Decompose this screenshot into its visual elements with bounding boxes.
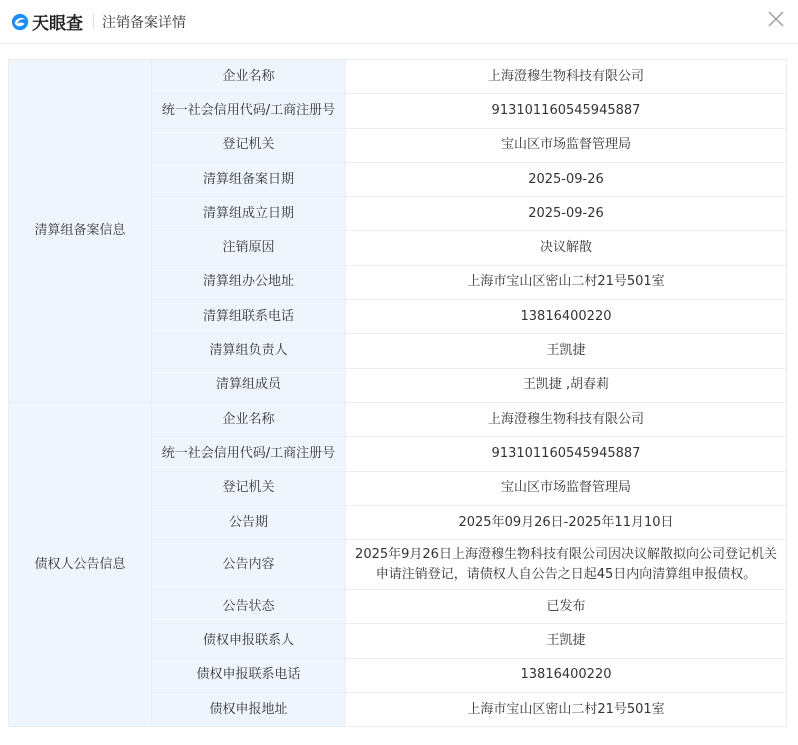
field-value: 2025-09-26 xyxy=(346,197,787,231)
field-label: 企业名称 xyxy=(152,402,346,436)
field-value: 2025年9月26日上海澄穆生物科技有限公司因决议解散拟向公司登记机关申请注销登… xyxy=(346,540,787,590)
field-label: 公告内容 xyxy=(152,540,346,590)
field-label: 清算组备案日期 xyxy=(152,162,346,196)
dialog-title: 注销备案详情 xyxy=(102,12,186,32)
field-value: 王凯捷 xyxy=(346,334,787,368)
field-value: 13816400220 xyxy=(346,658,787,692)
field-value: 上海澄穆生物科技有限公司 xyxy=(346,60,787,94)
close-icon xyxy=(768,11,784,27)
field-label: 企业名称 xyxy=(152,60,346,94)
field-label: 清算组成立日期 xyxy=(152,197,346,231)
section-group-label: 债权人公告信息 xyxy=(9,402,152,726)
field-value: 2025-09-26 xyxy=(346,162,787,196)
dialog-header: 天眼查 注销备案详情 xyxy=(0,0,798,44)
field-label: 清算组办公地址 xyxy=(152,265,346,299)
field-value: 王凯捷 ,胡春莉 xyxy=(346,368,787,402)
field-label: 清算组负责人 xyxy=(152,334,346,368)
table-row: 债权人公告信息企业名称上海澄穆生物科技有限公司 xyxy=(9,402,787,436)
section-group-label: 清算组备案信息 xyxy=(9,60,152,403)
detail-content: 清算组备案信息企业名称上海澄穆生物科技有限公司统一社会信用代码/工商注册号913… xyxy=(0,44,798,727)
deregistration-detail-table: 清算组备案信息企业名称上海澄穆生物科技有限公司统一社会信用代码/工商注册号913… xyxy=(8,59,787,727)
field-label: 债权申报联系电话 xyxy=(152,658,346,692)
field-value: 已发布 xyxy=(346,590,787,624)
table-row: 清算组备案信息企业名称上海澄穆生物科技有限公司 xyxy=(9,60,787,94)
field-label: 清算组成员 xyxy=(152,368,346,402)
field-label: 清算组联系电话 xyxy=(152,300,346,334)
field-value: 上海市宝山区密山二村21号501室 xyxy=(346,265,787,299)
field-label: 统一社会信用代码/工商注册号 xyxy=(152,437,346,471)
field-value: 913101160545945887 xyxy=(346,437,787,471)
field-label: 登记机关 xyxy=(152,128,346,162)
field-value: 上海澄穆生物科技有限公司 xyxy=(346,402,787,436)
field-label: 统一社会信用代码/工商注册号 xyxy=(152,94,346,128)
close-button[interactable] xyxy=(766,9,786,29)
tianyancha-logo: 天眼查 xyxy=(11,9,83,34)
field-value: 宝山区市场监督管理局 xyxy=(346,471,787,505)
field-value: 913101160545945887 xyxy=(346,94,787,128)
brand-name: 天眼查 xyxy=(32,9,83,34)
field-label: 注销原因 xyxy=(152,231,346,265)
field-value: 宝山区市场监督管理局 xyxy=(346,128,787,162)
field-label: 债权申报联系人 xyxy=(152,624,346,658)
tianyancha-logo-icon xyxy=(11,13,29,31)
field-value: 上海市宝山区密山二村21号501室 xyxy=(346,693,787,727)
field-label: 登记机关 xyxy=(152,471,346,505)
field-value: 2025年09月26日-2025年11月10日 xyxy=(346,505,787,539)
header-divider xyxy=(93,14,94,29)
field-label: 公告期 xyxy=(152,505,346,539)
field-value: 13816400220 xyxy=(346,300,787,334)
field-value: 王凯捷 xyxy=(346,624,787,658)
field-value: 决议解散 xyxy=(346,231,787,265)
field-label: 债权申报地址 xyxy=(152,693,346,727)
field-label: 公告状态 xyxy=(152,590,346,624)
